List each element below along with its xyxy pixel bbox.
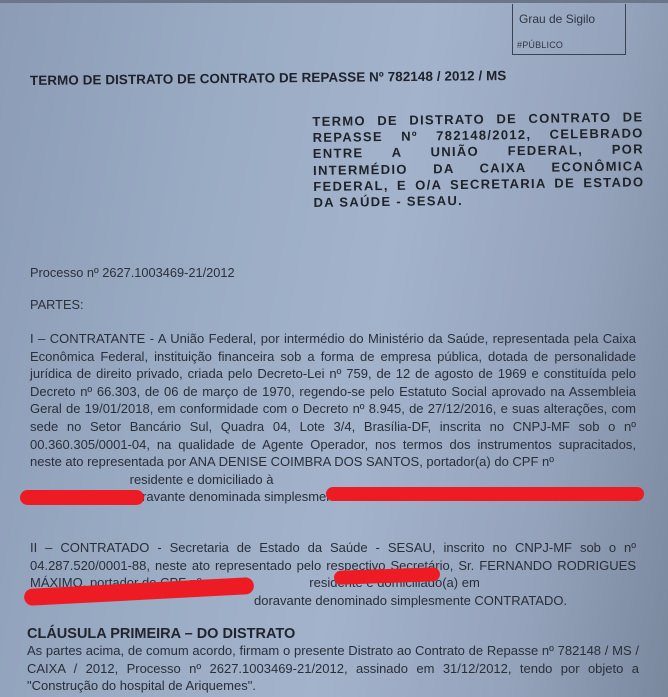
document-summary: TERMO DE DISTRATO DE CONTRATO DE REPASSE…	[312, 109, 644, 211]
parties-heading: PARTES:	[30, 297, 84, 312]
contratante-residence-text: residente e domiciliado à	[126, 472, 273, 487]
contratante-paragraph: I – CONTRATANTE - A União Federal, por i…	[30, 330, 636, 506]
document-title: TERMO DE DISTRATO DE CONTRATO DE REPASSE…	[30, 68, 507, 88]
classification-box: Grau de Sigilo #PÚBLICO	[512, 4, 626, 55]
classification-value: #PÚBLICO	[517, 40, 563, 50]
contratado-end-text: doravante denominado simplesmente CONTRA…	[254, 593, 567, 608]
redaction-bar-address-contratante	[326, 487, 644, 501]
photo-top-edge	[0, 0, 668, 3]
redaction-bar-cpf-contratante	[20, 490, 144, 505]
clause-one-body: As partes acima, de comum acordo, firmam…	[27, 642, 639, 695]
contratante-text: I – CONTRATANTE - A União Federal, por i…	[30, 331, 636, 469]
classification-label: Grau de Sigilo	[519, 12, 595, 26]
process-number: Processo nº 2627.1003469-21/2012	[30, 265, 235, 280]
clause-one-heading: CLÁUSULA PRIMEIRA – DO DISTRATO	[27, 626, 295, 642]
